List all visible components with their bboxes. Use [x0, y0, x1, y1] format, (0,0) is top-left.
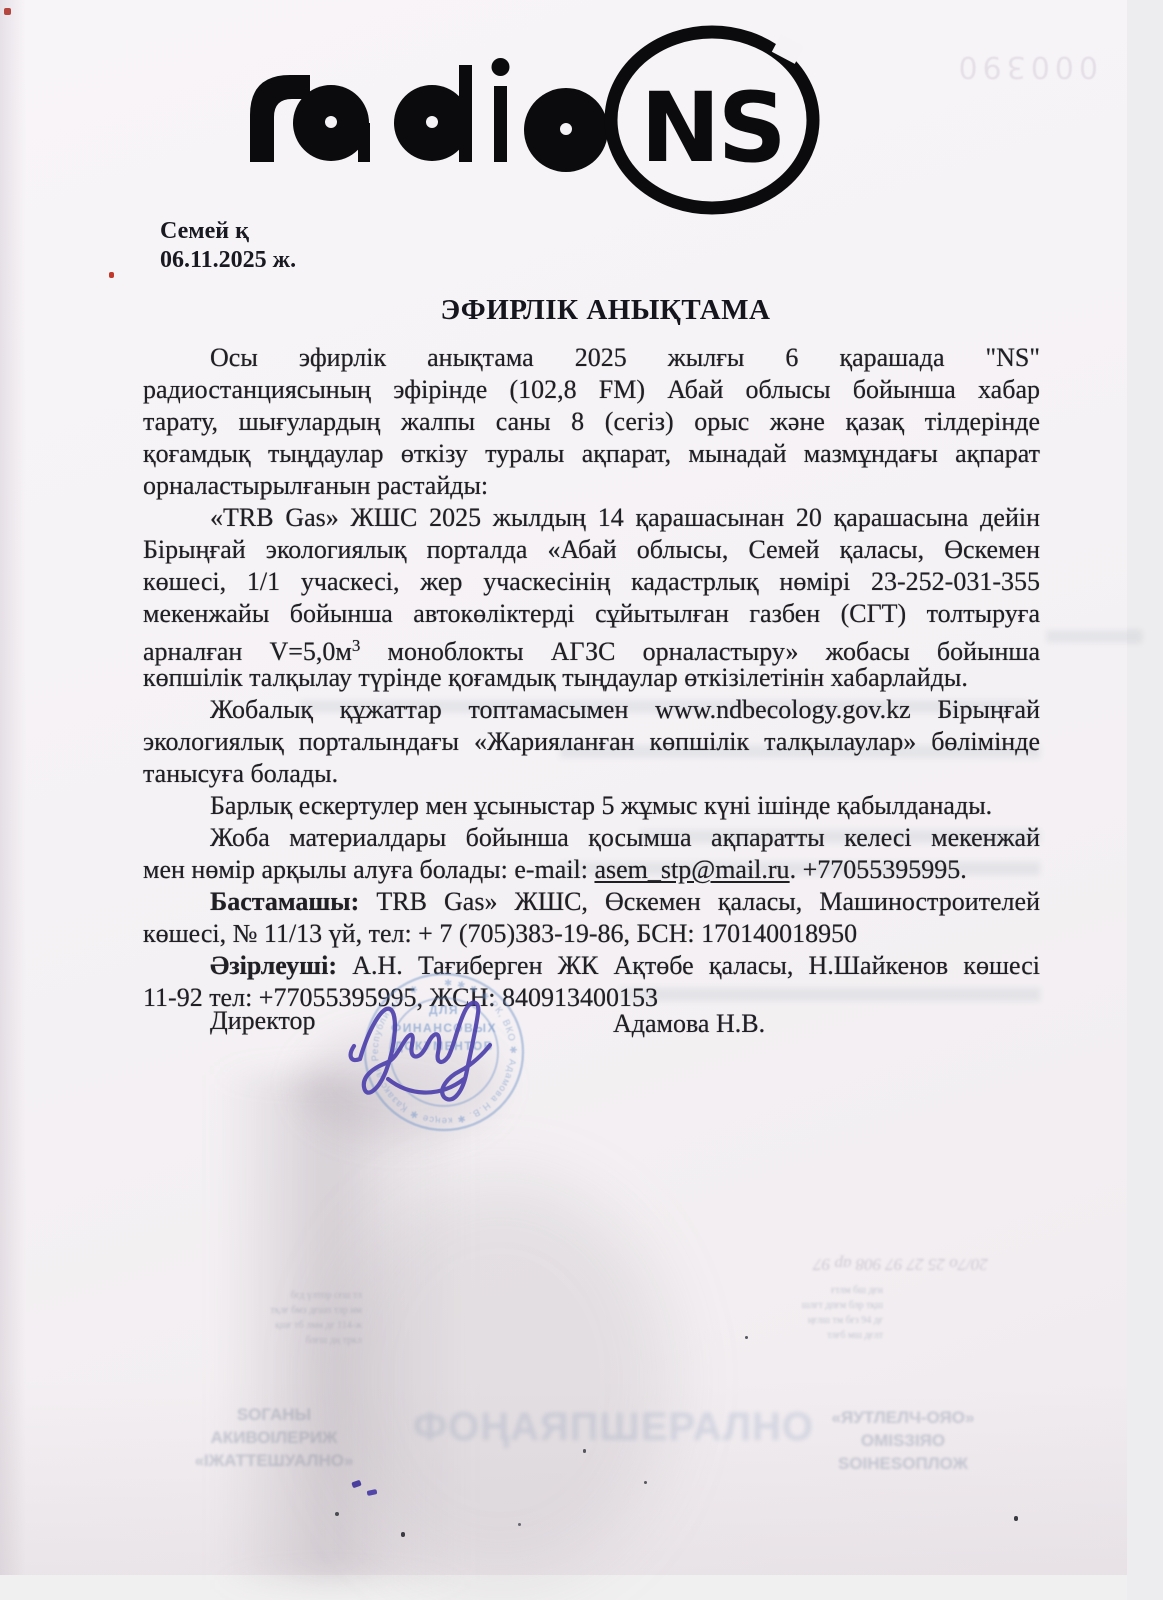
doc-text-segment: экологиялық порталындағы «Жарияланған кө…: [143, 727, 1040, 756]
doc-text-segment: Әзірлеуші:: [210, 951, 337, 980]
doc-text-segment: TRB Gas» ЖШС, Өскемен қаласы, Машиностро…: [359, 887, 1040, 916]
doc-text-segment: орналастырылғанын растайды:: [143, 471, 488, 500]
scanner-edge-bottom: [0, 1575, 1127, 1600]
doc-text-segment: asem_stp@mail.ru: [594, 855, 789, 884]
doc-text-segment: . +77055395995.: [790, 855, 967, 884]
radio-wordmark: [250, 58, 608, 172]
ns-badge: NS: [611, 32, 813, 208]
doc-text-segment: Бастамашы:: [210, 887, 359, 916]
doc-line: көшесі, 1/1 учаскесі, жер учаскесінің ка…: [143, 566, 1040, 598]
doc-line: «TRB Gas» ЖШС 2025 жылдың 14 қарашасынан…: [143, 502, 1040, 534]
scanner-edge-right: [1127, 0, 1163, 1600]
doc-line: мекенжайы бойынша автокөліктерді сұйытыл…: [143, 598, 1040, 630]
doc-text-segment: көпшілік талқылау түрінде қоғамдық тыңда…: [143, 663, 968, 692]
doc-text-segment: радиостанциясының эфірінде (102,8 FM) Аб…: [143, 375, 1040, 404]
director-label: Директор: [210, 1006, 316, 1036]
document-body: Осы эфирлік анықтама 2025 жылғы 6 қараша…: [143, 342, 1040, 1014]
doc-text-segment: Барлық ескертулер мен ұсыныстар 5 жұмыс …: [210, 791, 992, 820]
doc-line: қоғамдық тыңдаулар өткізу туралы ақпарат…: [143, 438, 1040, 470]
doc-line: тарату, шығулардың жалпы саны 8 (сегіз) …: [143, 406, 1040, 438]
header-city: Семей қ: [160, 217, 296, 246]
header-date: 06.11.2025 ж.: [160, 246, 296, 275]
document-title: ЭФИРЛІК АНЫҚТАМА: [157, 294, 1054, 327]
doc-line: Бірыңғай экологиялық порталда «Абай облы…: [143, 534, 1040, 566]
doc-line: көшесі, № 11/13 үй, тел: + 7 (705)383-19…: [143, 918, 1040, 950]
doc-text-segment: Жоба материалдары бойынша қосымша ақпара…: [210, 823, 1040, 852]
doc-line: радиостанциясының эфірінде (102,8 FM) Аб…: [143, 374, 1040, 406]
doc-line: Жоба материалдары бойынша қосымша ақпара…: [143, 822, 1040, 854]
doc-line: мен нөмір арқылы алуға болады: e-mail: a…: [143, 854, 1040, 886]
doc-text-segment: көшесі, № 11/13 үй, тел: + 7 (705)383-19…: [143, 919, 857, 948]
radio-ns-logo: NS: [230, 25, 830, 215]
scanned-document-page: 000390 20/7о 25 27 97 908 ар 97 бгд үлтп…: [0, 0, 1163, 1600]
doc-text-segment: Осы эфирлік анықтама 2025 жылғы 6 қараша…: [210, 343, 1040, 372]
doc-line: орналастырылғанын растайды:: [143, 470, 1040, 502]
doc-line: экологиялық порталындағы «Жарияланған кө…: [143, 726, 1040, 758]
doc-line: Жобалық құжаттар топтамасымен www.ndbeco…: [143, 694, 1040, 726]
doc-text-segment: тарату, шығулардың жалпы саны 8 (сегіз) …: [143, 407, 1040, 436]
doc-line: Әзірлеуші: А.Н. Тағиберген ЖК Ақтөбе қал…: [143, 950, 1040, 982]
svg-text:NS: NS: [640, 72, 783, 184]
doc-line: танысуға болады.: [143, 758, 1040, 790]
doc-line: Осы эфирлік анықтама 2025 жылғы 6 қараша…: [143, 342, 1040, 374]
header-place-date: Семей қ 06.11.2025 ж.: [160, 217, 296, 275]
doc-line: Барлық ескертулер мен ұсыныстар 5 жұмыс …: [143, 790, 1040, 822]
doc-text-segment: Бірыңғай экологиялық порталда «Абай облы…: [143, 535, 1040, 564]
doc-text-segment: Жобалық құжаттар топтамасымен www.ndbeco…: [210, 695, 1040, 724]
director-name: Адамова Н.В.: [613, 1009, 765, 1039]
doc-text-segment: танысуға болады.: [143, 759, 338, 788]
handwritten-signature: [338, 983, 508, 1113]
doc-text-segment: мекенжайы бойынша автокөліктерді сұйытыл…: [143, 599, 1040, 628]
doc-text-segment: көшесі, 1/1 учаскесі, жер учаскесінің ка…: [143, 567, 1040, 596]
doc-line: арналған V=5,0м3 моноблокты АГЗС орналас…: [143, 630, 1040, 662]
doc-text-segment: мен нөмір арқылы алуға болады: e-mail:: [143, 855, 594, 884]
doc-line: көпшілік талқылау түрінде қоғамдық тыңда…: [143, 662, 1040, 694]
doc-line: Бастамашы: TRB Gas» ЖШС, Өскемен қаласы,…: [143, 886, 1040, 918]
doc-text-segment: «TRB Gas» ЖШС 2025 жылдың 14 қарашасынан…: [210, 503, 1040, 532]
doc-text-segment: қоғамдық тыңдаулар өткізу туралы ақпарат…: [143, 439, 1040, 468]
